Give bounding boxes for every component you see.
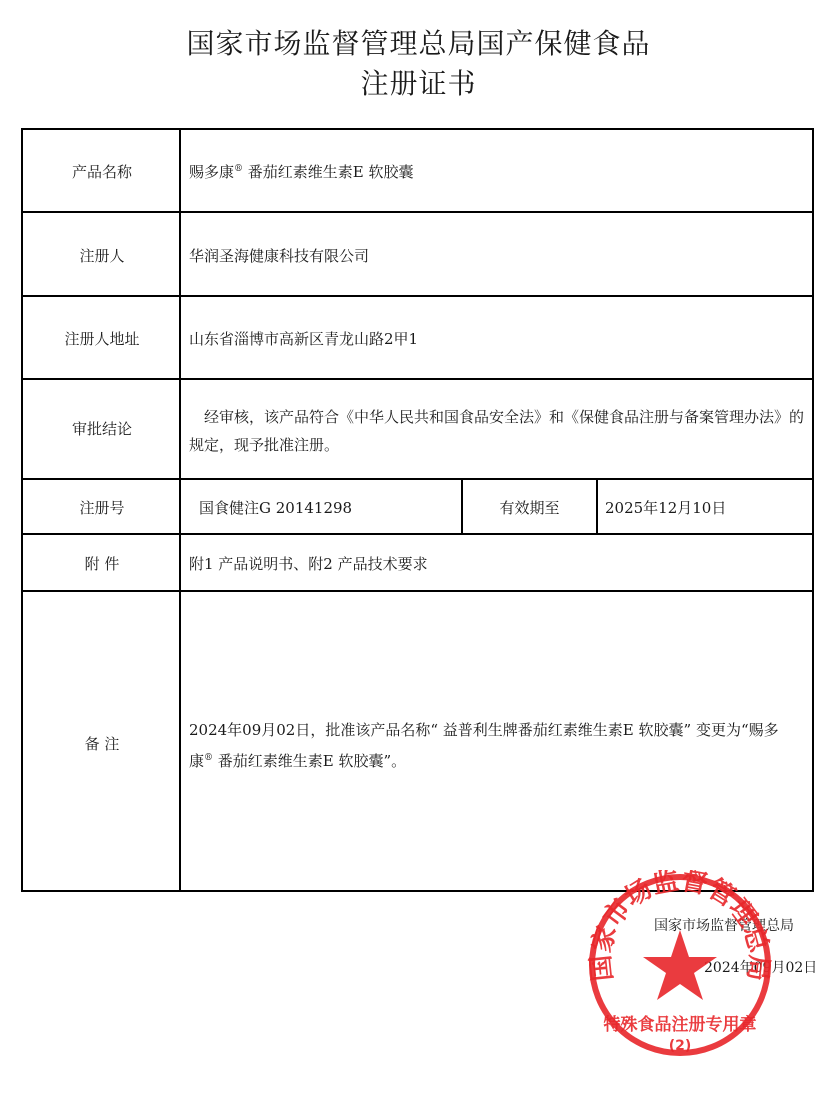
remarks-value: 2024年09月02日，批准该产品名称“ 益普利生牌番茄红素维生素E 软胶囊” … bbox=[189, 716, 804, 775]
address-value: 山东省淄博市高新区青龙山路2甲1 bbox=[189, 328, 418, 349]
product-name-label: 产品名称 bbox=[23, 161, 181, 182]
valid-until-label: 有效期至 bbox=[463, 497, 596, 518]
brand-name: 赐多康 bbox=[189, 163, 234, 181]
row-divider bbox=[23, 295, 812, 297]
registered-mark: ® bbox=[204, 753, 213, 763]
official-seal-icon: 国家市场监督管理总局 特殊食品注册专用章 (2) bbox=[585, 870, 775, 1060]
conclusion-label: 审批结论 bbox=[23, 418, 181, 439]
remarks-line2-suffix: 番茄红素维生素E 软胶囊”。 bbox=[213, 752, 406, 770]
row-divider bbox=[23, 211, 812, 213]
registered-mark: ® bbox=[234, 164, 243, 174]
remarks-line1: 2024年09月02日，批准该产品名称“ 益普利生牌番茄红素维生素E 软胶囊” … bbox=[189, 716, 804, 744]
attachments-label: 附 件 bbox=[23, 553, 181, 574]
registrant-label: 注册人 bbox=[23, 245, 181, 266]
attachments-value: 附1 产品说明书、附2 产品技术要求 bbox=[189, 553, 428, 574]
svg-text:(2): (2) bbox=[669, 1038, 692, 1054]
row-divider bbox=[23, 533, 812, 535]
certificate-title-line1: 国家市场监督管理总局国产保健食品 bbox=[0, 22, 837, 62]
product-name-value: 赐多康® 番茄红素维生素E 软胶囊 bbox=[189, 161, 414, 182]
conclusion-value: 经审核，该产品符合《中华人民共和国食品安全法》和《保健食品注册与备案管理办法》的… bbox=[189, 403, 804, 459]
svg-text:特殊食品注册专用章: 特殊食品注册专用章 bbox=[604, 1014, 757, 1035]
address-label: 注册人地址 bbox=[23, 328, 181, 349]
remarks-line2-prefix: 康 bbox=[189, 752, 204, 770]
certificate-table: 产品名称 赐多康® 番茄红素维生素E 软胶囊 注册人 华润圣海健康科技有限公司 … bbox=[21, 128, 814, 892]
row-divider bbox=[23, 478, 812, 480]
reg-no-value: 国食健注G 20141298 bbox=[199, 497, 352, 518]
column-divider bbox=[596, 478, 598, 535]
remarks-label: 备 注 bbox=[23, 733, 181, 754]
row-divider bbox=[23, 590, 812, 592]
reg-no-label: 注册号 bbox=[23, 497, 181, 518]
row-divider bbox=[23, 378, 812, 380]
remarks-line2: 康® 番茄红素维生素E 软胶囊”。 bbox=[189, 744, 804, 775]
certificate-title-line2: 注册证书 bbox=[0, 62, 837, 102]
product-generic-name: 番茄红素维生素E 软胶囊 bbox=[243, 163, 414, 181]
registrant-value: 华润圣海健康科技有限公司 bbox=[189, 245, 369, 266]
valid-until-value: 2025年12月10日 bbox=[605, 497, 726, 518]
